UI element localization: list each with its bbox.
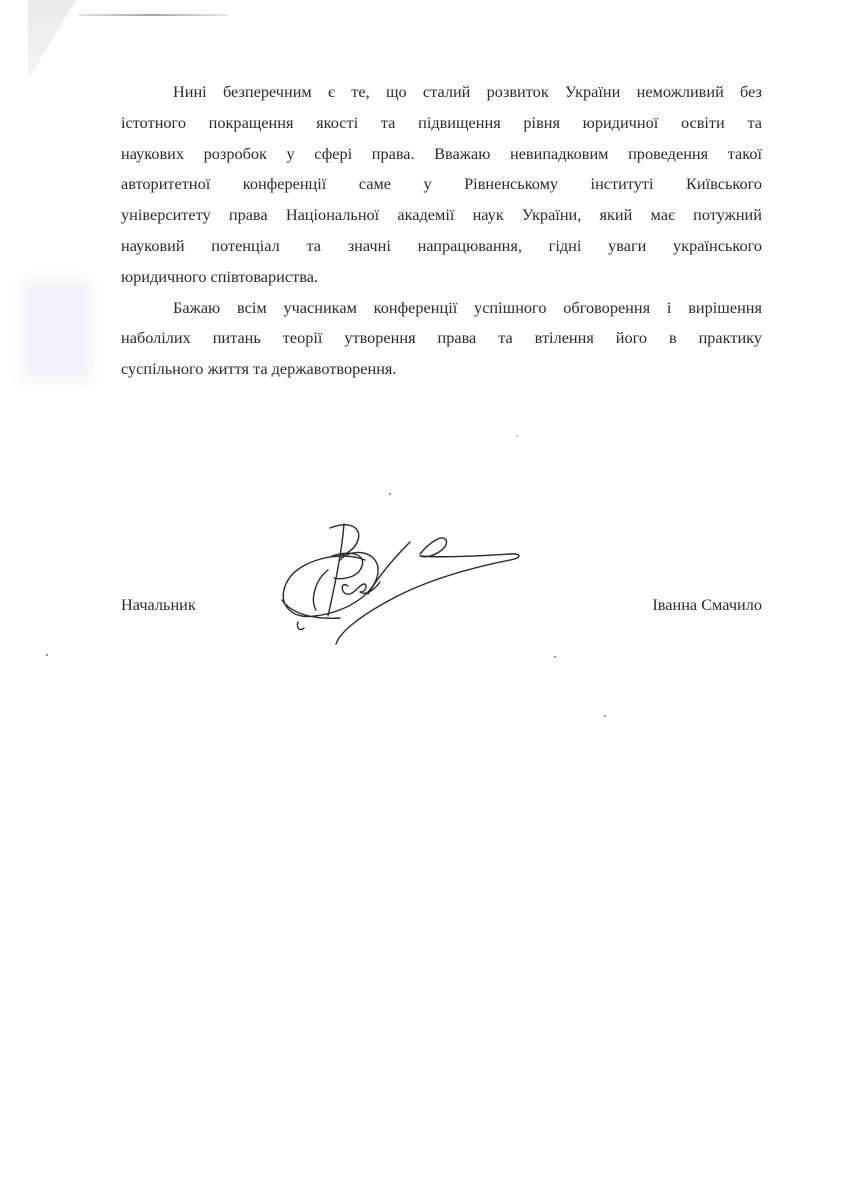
scan-artifact-smudge	[22, 280, 92, 380]
text-line: авторитетної конференції саме у Рівненсь…	[121, 169, 762, 200]
text-line: Бажаю всім учасникам конференції успішно…	[121, 293, 762, 324]
scan-speck	[554, 656, 556, 658]
scan-artifact-line	[78, 14, 228, 16]
text-line: університету права Національної академії…	[121, 200, 762, 231]
text-line: науковий потенціал та значні напрацюванн…	[121, 231, 762, 262]
text-line: істотного покращення якості та підвищенн…	[121, 108, 762, 139]
scanned-page: Нині безперечним є те, що сталий розвито…	[0, 0, 859, 1200]
text-line: наболілих питань теорії утворення права …	[121, 323, 762, 354]
scan-speck	[389, 493, 391, 495]
text-line: Нині безперечним є те, що сталий розвито…	[121, 77, 762, 108]
text-line: наукових розробок у сфері права. Вважаю …	[121, 139, 762, 170]
text-line: юридичного співтовариства.	[121, 262, 762, 293]
scan-speck	[46, 654, 48, 656]
signer-position: Начальник	[121, 595, 196, 615]
scan-speck	[516, 435, 518, 437]
letter-body: Нині безперечним є те, що сталий розвито…	[121, 77, 762, 385]
signature-block: Начальник Іванна Смачило	[121, 590, 762, 620]
text-line: суспільного життя та державотворення.	[121, 354, 762, 385]
signer-name: Іванна Смачило	[652, 595, 762, 615]
paragraph-2: Бажаю всім учасникам конференції успішно…	[121, 293, 762, 385]
scan-speck	[604, 715, 606, 717]
scan-artifact-wedge	[28, 0, 76, 80]
paragraph-1: Нині безперечним є те, що сталий розвито…	[121, 77, 762, 293]
